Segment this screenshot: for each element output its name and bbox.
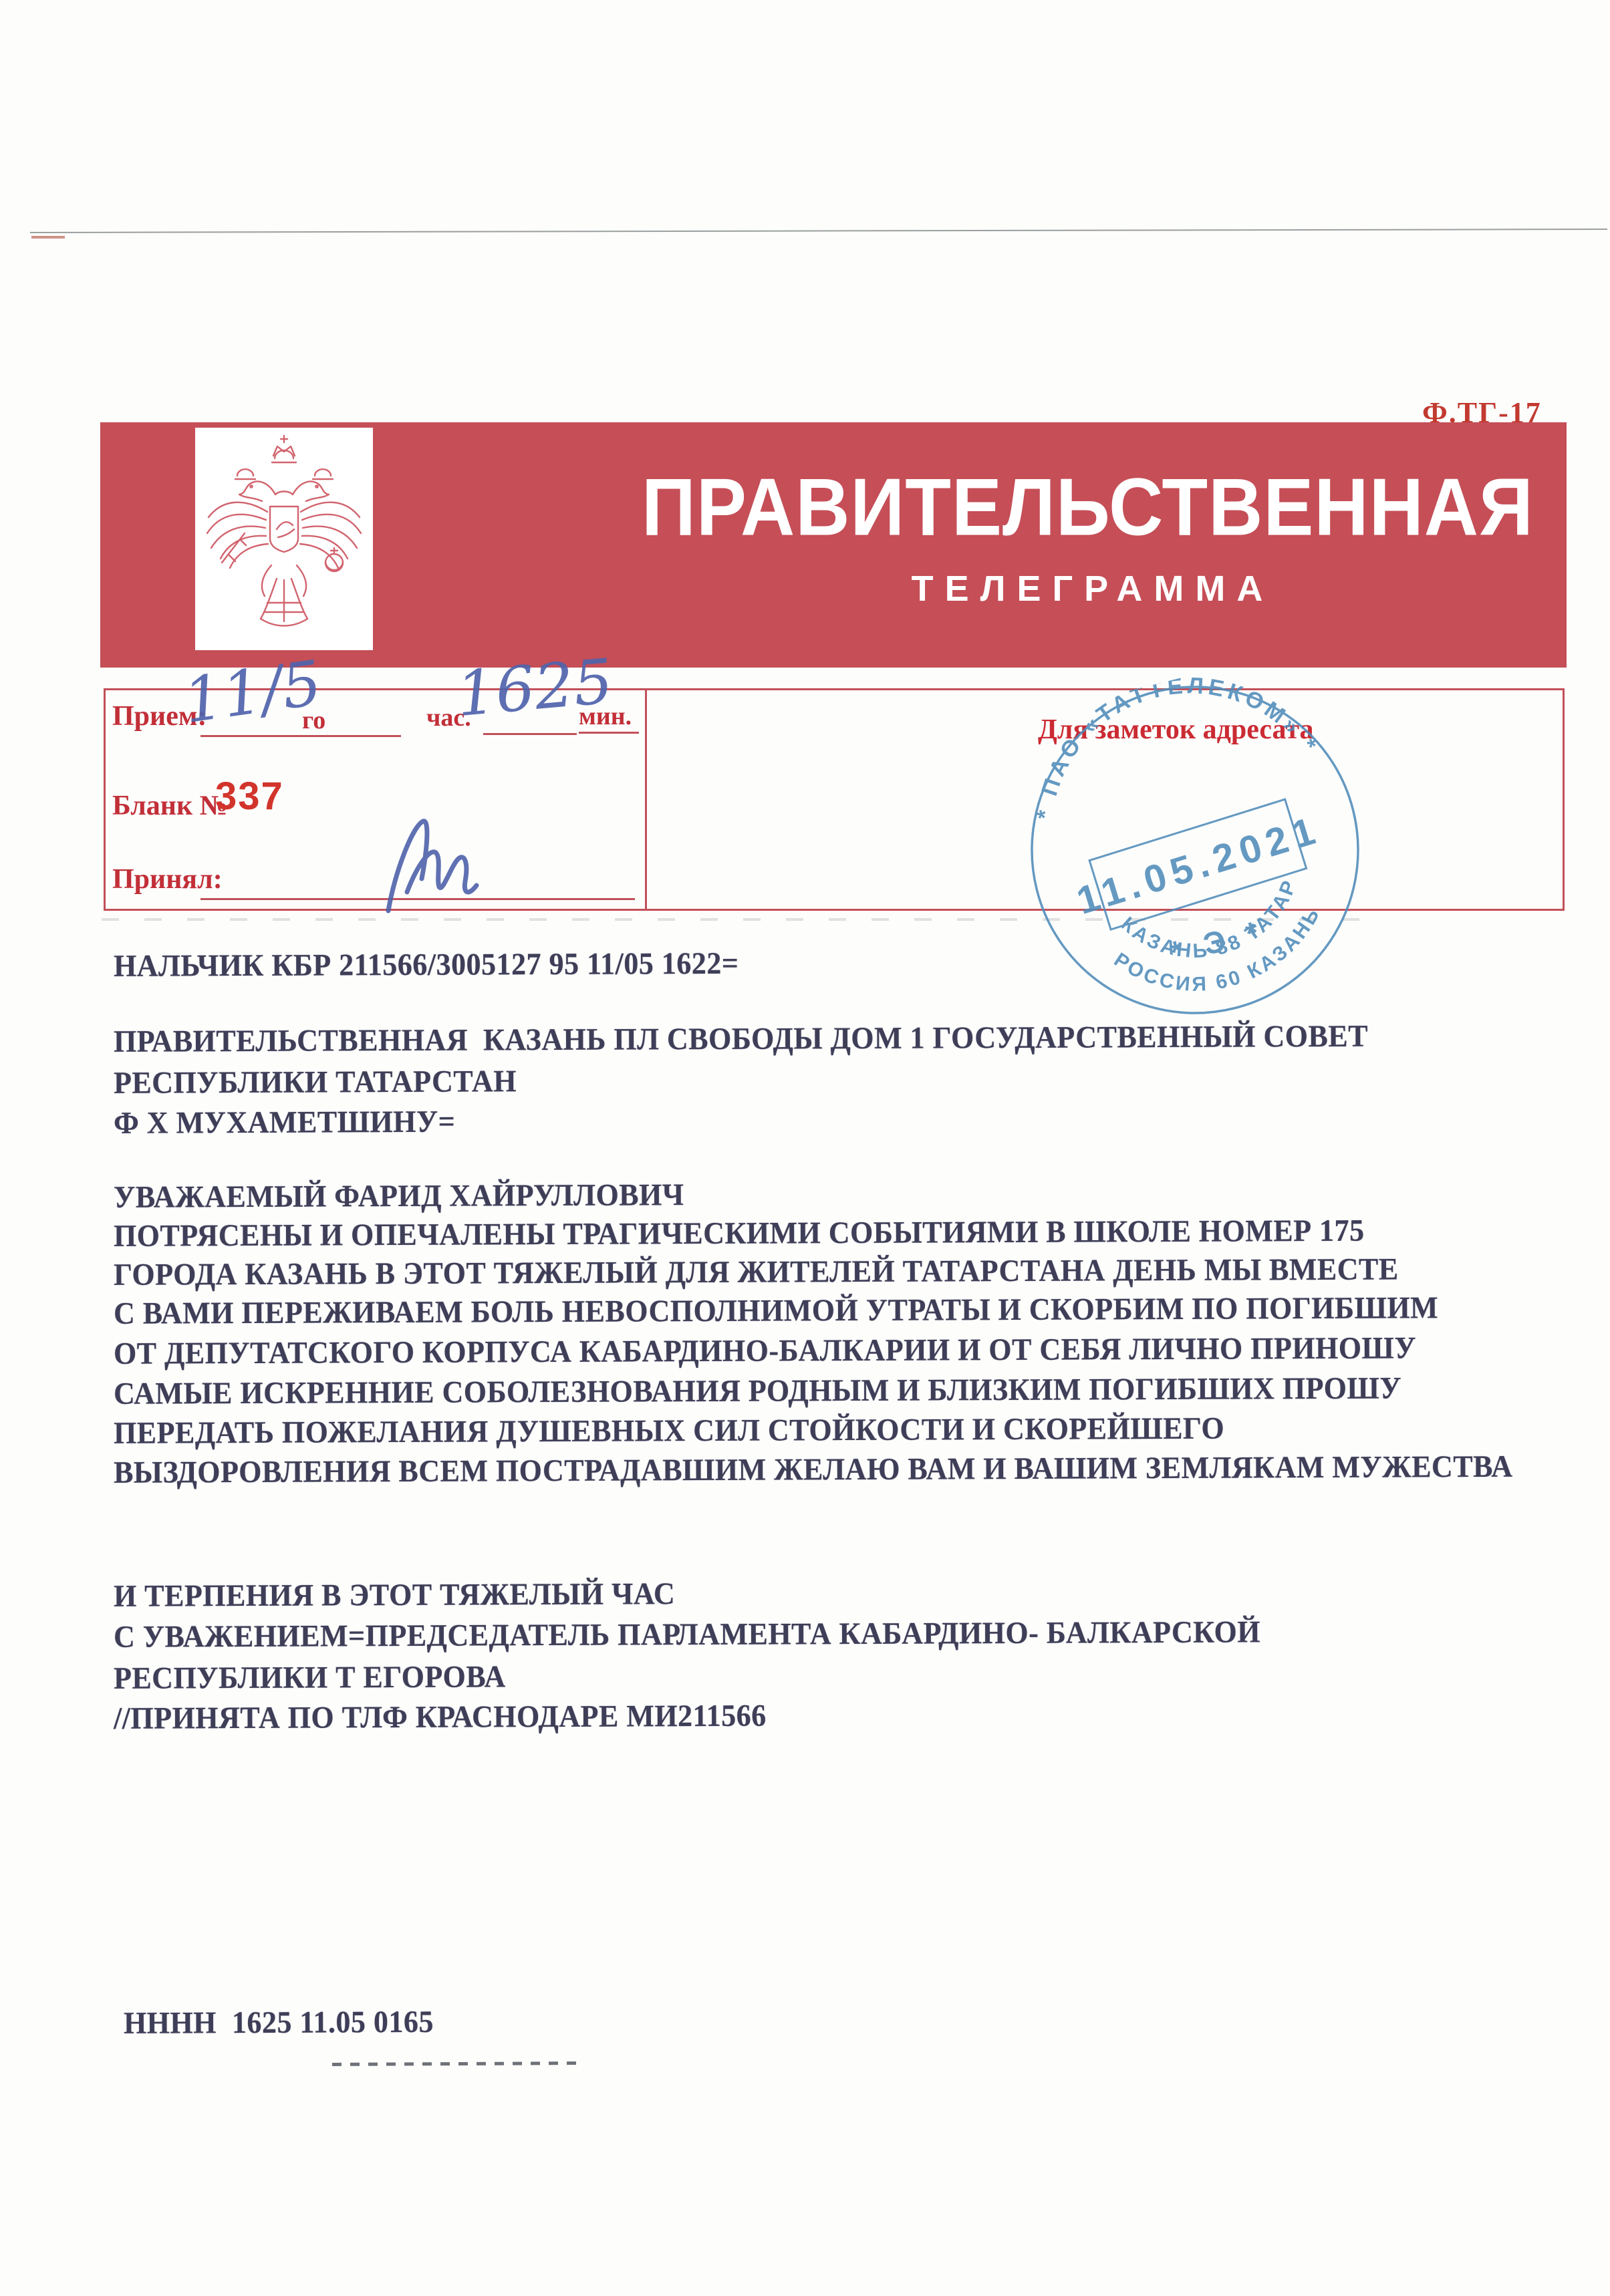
telegram-address-line: ПРАВИТЕЛЬСТВЕННАЯ КАЗАНЬ ПЛ СВОБОДЫ ДОМ … <box>114 1018 1368 1059</box>
telegram-body-line: ПЕРЕДАТЬ ПОЖЕЛАНИЯ ДУШЕВНЫХ СИЛ СТОЙКОСТ… <box>114 1410 1224 1451</box>
form-divider <box>645 690 647 909</box>
telegram-body-line: УВАЖАЕМЫЙ ФАРИД ХАЙРУЛЛОВИЧ <box>114 1177 684 1215</box>
blank-number: 337 <box>215 774 284 819</box>
telegram-body-line: ГОРОДА КАЗАНЬ В ЭТОТ ТЯЖЕЛЫЙ ДЛЯ ЖИТЕЛЕЙ… <box>114 1251 1399 1292</box>
banner-subtitle: ТЕЛЕГРАММА <box>872 568 1313 609</box>
telegram-body-line: ОТ ДЕПУТАТСКОГО КОРПУСА КАБАРДИНО-БАЛКАР… <box>114 1330 1416 1372</box>
banner-title: ПРАВИТЕЛЬСТВЕННАЯ <box>642 460 1530 554</box>
telegram-body-line: ВЫЗДОРОВЛЕНИЯ ВСЕМ ПОСТРАДАВШИМ ЖЕЛАЮ ВА… <box>114 1448 1513 1490</box>
telegram-closing-line: //ПРИНЯТА ПО ТЛФ КРАСНОДАРЕ МИ211566 <box>114 1697 767 1736</box>
telegram-closing-line: И ТЕРПЕНИЯ В ЭТОТ ТЯЖЕЛЫЙ ЧАС <box>114 1576 675 1614</box>
telegram-origin-line: НАЛЬЧИК КБР 211566/3005127 95 11/05 1622… <box>114 945 739 984</box>
telegram-service-line: НННН 1625 11.05 0165 <box>124 2003 434 2041</box>
telegram-body-line: ПОТРЯСЕНЫ И ОПЕЧАЛЕНЫ ТРАГИЧЕСКИМИ СОБЫТ… <box>114 1212 1365 1254</box>
telegram-address-line: Ф Х МУХАМЕТШИНУ= <box>114 1103 456 1141</box>
scan-artifact-red-dash <box>31 236 65 239</box>
scan-artifact-dashes <box>332 2061 576 2066</box>
signature <box>364 799 505 919</box>
telegram-scan-page: Ф.ТГ-17 <box>0 0 1610 2296</box>
emblem-box <box>195 428 373 650</box>
chas-underline <box>483 733 577 735</box>
chas-handwritten-value: 1625 <box>454 645 616 730</box>
telegram-closing-line: РЕСПУБЛИКИ Т ЕГОРОВА <box>114 1659 506 1697</box>
telegram-body-line: С ВАМИ ПЕРЕЖИВАЕМ БОЛЬ НЕВОСПОЛНИМОЙ УТР… <box>114 1290 1438 1332</box>
banner: ПРАВИТЕЛЬСТВЕННАЯ ТЕЛЕГРАММА <box>100 422 1567 668</box>
svg-text:* ПАО «ТАТТЕЛЕКОМ» *: * ПАО «ТАТТЕЛЕКОМ» * <box>1007 643 1326 827</box>
min-underline <box>579 732 639 734</box>
priem-underline <box>200 735 401 737</box>
telegram-body-line: САМЫЕ ИСКРЕННИЕ СОБОЛЕЗНОВАНИЯ РОДНЫМ И … <box>114 1370 1401 1411</box>
scan-artifact-line <box>30 229 1607 233</box>
prinyal-label: Принял: <box>112 863 223 895</box>
telegram-closing-line: С УВАЖЕНИЕМ=ПРЕДСЕДАТЕЛЬ ПАРЛАМЕНТА КАБА… <box>114 1614 1260 1655</box>
blank-label: Бланк № <box>112 790 228 822</box>
telegram-address-line: РЕСПУБЛИКИ ТАТАРСТАН <box>114 1063 517 1101</box>
stamp-top-text: * ПАО «ТАТТЕЛЕКОМ» * <box>1007 643 1326 827</box>
